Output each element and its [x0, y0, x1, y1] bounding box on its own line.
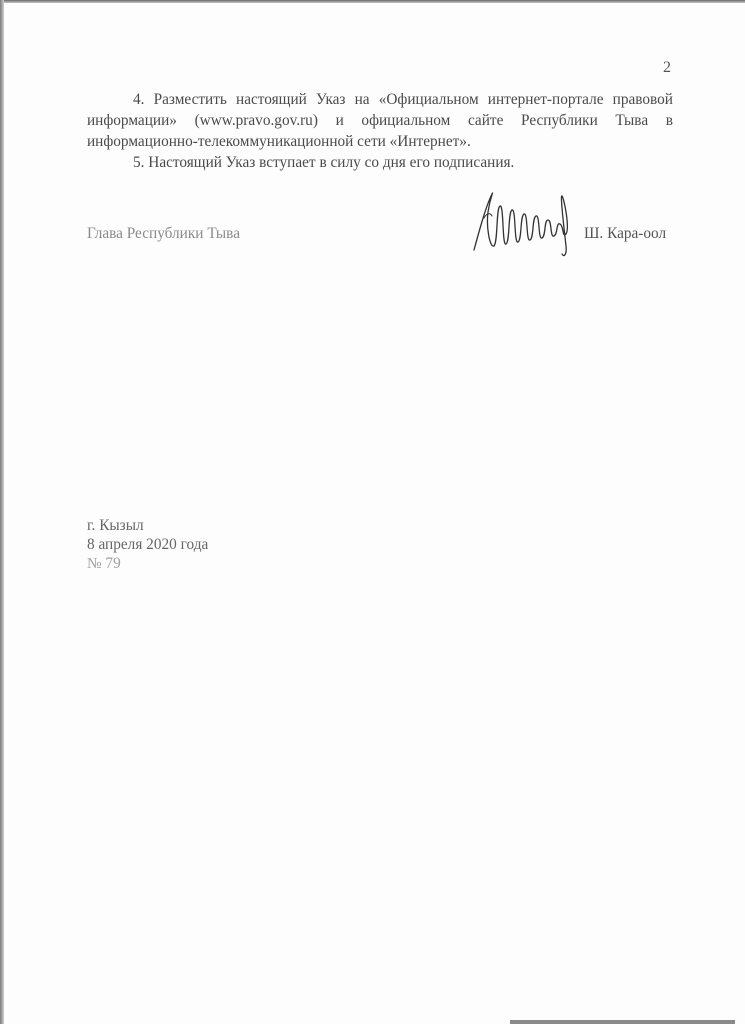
- issue-place: г. Кызыл: [87, 516, 144, 536]
- paragraph-5: 5. Настоящий Указ вступает в силу со дня…: [87, 152, 673, 173]
- paragraph-4: 4. Разместить настоящий Указ на «Официал…: [87, 89, 673, 152]
- scan-edge-left: [0, 0, 4, 1024]
- page-number: 2: [663, 59, 671, 77]
- signer-title: Глава Республики Тыва: [87, 225, 240, 243]
- signer-name: Ш. Кара-оол: [584, 225, 666, 243]
- issue-date: 8 апреля 2020 года: [87, 536, 208, 554]
- scan-edge-bottom: [510, 1020, 735, 1024]
- scan-edge-top: [0, 0, 745, 3]
- decree-number: № 79: [87, 555, 121, 573]
- handwritten-signature-icon: [466, 188, 576, 260]
- document-page: 2 4. Разместить настоящий Указ на «Офици…: [0, 0, 745, 1024]
